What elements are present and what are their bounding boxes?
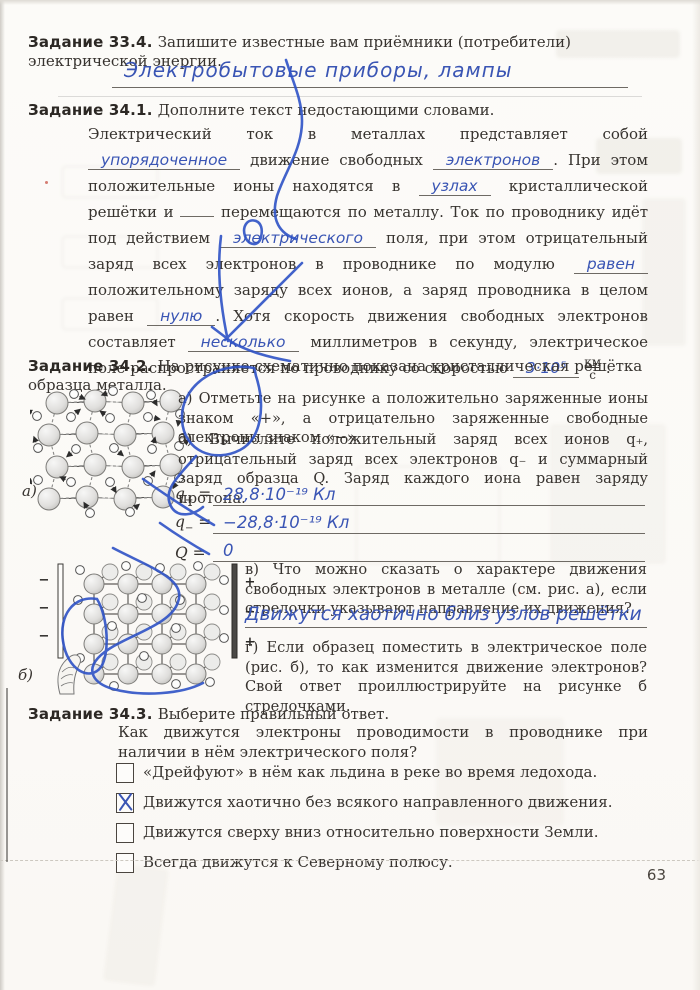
page-fold-line bbox=[0, 860, 700, 861]
bleed-through bbox=[642, 198, 686, 346]
page-number: 63 bbox=[647, 866, 666, 884]
printed-text: движение свободных bbox=[240, 151, 433, 169]
task-33-4-answer: Электробытовые приборы, лампы bbox=[124, 58, 513, 82]
checkbox[interactable] bbox=[116, 853, 134, 873]
ink-speck bbox=[519, 592, 521, 594]
printed-text: Электрический ток в металлах представляе… bbox=[88, 125, 648, 143]
ink-speck bbox=[45, 181, 48, 184]
task-34-1: Задание 34.1. Дополните текст недостающи… bbox=[28, 100, 668, 119]
page-edge-shadow bbox=[0, 0, 700, 5]
filled-blank: узлах bbox=[419, 177, 491, 196]
option-row: «Дрейфуют» в нём как льдина в реке во вр… bbox=[116, 763, 656, 783]
lattice-b-svg: − − − + + + bbox=[28, 558, 268, 696]
workbook-page: Задание 33.4. Запишите известные вам при… bbox=[0, 0, 700, 990]
task-34-3: Задание 34.3. Выберите правильный ответ. bbox=[28, 704, 668, 723]
empty-answer-line bbox=[58, 96, 642, 97]
option-label: «Дрейфуют» в нём как льдина в реке во вр… bbox=[143, 763, 597, 782]
q-total-answer-line: 0 bbox=[213, 541, 645, 562]
task-34-2-id: Задание 34.2. bbox=[28, 357, 153, 375]
task-34-1-id: Задание 34.1. bbox=[28, 101, 153, 119]
negative-signs: − − − bbox=[39, 573, 50, 644]
filled-blank: нулю bbox=[147, 307, 215, 326]
page-edge-shadow bbox=[0, 0, 5, 990]
filled-blank: электрического bbox=[220, 229, 376, 248]
option-label: Движутся сверху вниз относительно поверх… bbox=[143, 823, 598, 842]
q-minus-answer: −28,8·10⁻¹⁹ Кл bbox=[223, 513, 349, 532]
q-minus-row: q− = −28,8·10⁻¹⁹ Кл bbox=[175, 506, 645, 534]
checkbox[interactable] bbox=[116, 763, 134, 783]
left-hand bbox=[58, 655, 81, 694]
negative-rod bbox=[58, 564, 63, 658]
q-minus-label: q− = bbox=[175, 513, 213, 534]
task-34-3-question: Как движутся электроны проводимости в пр… bbox=[118, 722, 648, 762]
minus-sign: − bbox=[39, 573, 50, 588]
filled-blank: несколько bbox=[188, 333, 299, 352]
task-34-3-id: Задание 34.3. bbox=[28, 705, 153, 723]
filled-blank: упорядоченное bbox=[88, 151, 240, 170]
q-plus-answer-line: 28,8·10⁻¹⁹ Кл bbox=[213, 485, 645, 506]
figure-b-label: б) bbox=[18, 666, 33, 684]
task-34-2-answers: q+ = 28,8·10⁻¹⁹ Кл q− = −28,8·10⁻¹⁹ Кл Q… bbox=[175, 478, 645, 562]
crystal-lattice-figure-b: − − − + + + bbox=[28, 558, 268, 700]
option-label: Всегда движутся к Северному полюсу. bbox=[143, 853, 453, 872]
figure-a-label: а) bbox=[22, 482, 37, 500]
option-row: Движутся сверху вниз относительно поверх… bbox=[116, 823, 656, 843]
option-row: Движутся хаотично без всякого направленн… bbox=[116, 793, 656, 813]
filled-blank: электронов bbox=[433, 151, 553, 170]
task-34-2-answer-v: Движутся хаотично близ узлов решётки bbox=[245, 604, 647, 628]
minus-sign: − bbox=[39, 601, 50, 616]
page-edge-shadow bbox=[692, 0, 700, 990]
empty-blank[interactable] bbox=[180, 202, 214, 217]
q-plus-row: q+ = 28,8·10⁻¹⁹ Кл bbox=[175, 478, 645, 506]
task-33-4-id: Задание 33.4. bbox=[28, 33, 153, 51]
q-plus-label: q+ = bbox=[175, 485, 213, 506]
task-33-4-answer-line: Электробытовые приборы, лампы bbox=[112, 58, 628, 88]
filled-blank: равен bbox=[574, 255, 648, 274]
task-34-3-options: «Дрейфуют» в нём как льдина в реке во вр… bbox=[116, 763, 656, 883]
option-label: Движутся хаотично без всякого направленн… bbox=[143, 793, 612, 812]
crystal-lattice-figure-a bbox=[30, 386, 188, 524]
task-34-1-text: Электрический ток в металлах представляе… bbox=[88, 121, 648, 382]
task-34-1-prompt: Дополните текст недостающими словами. bbox=[158, 101, 495, 119]
positive-rod bbox=[232, 564, 237, 658]
option-row: Всегда движутся к Северному полюсу. bbox=[116, 853, 656, 873]
q-plus-answer: 28,8·10⁻¹⁹ Кл bbox=[223, 485, 335, 504]
checkbox[interactable] bbox=[116, 793, 134, 813]
minus-sign: − bbox=[39, 629, 50, 644]
checkbox[interactable] bbox=[116, 823, 134, 843]
spine-shadow-line bbox=[6, 688, 8, 862]
task-34-3-prompt: Выберите правильный ответ. bbox=[158, 705, 390, 723]
q-minus-answer-line: −28,8·10⁻¹⁹ Кл bbox=[213, 513, 645, 534]
lattice-a-svg bbox=[30, 386, 188, 520]
